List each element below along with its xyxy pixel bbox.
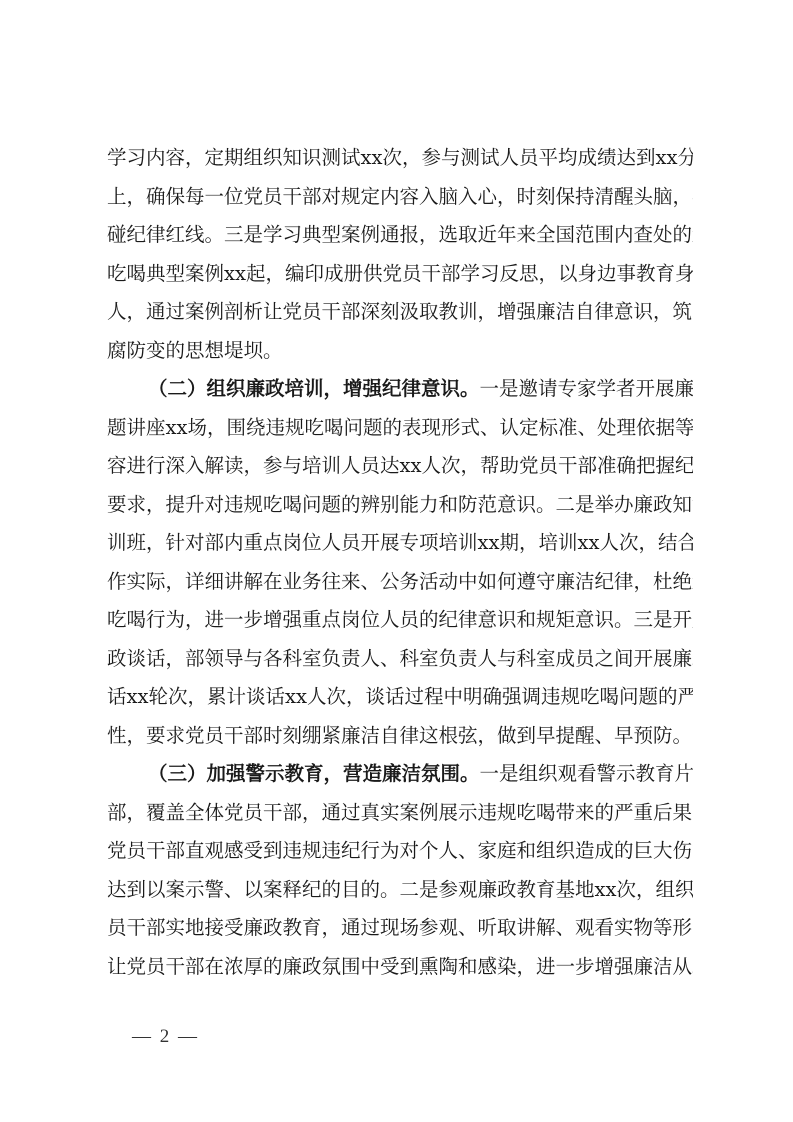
text-line: 员干部实地接受廉政教育，通过现场参观、听取讲解、观看实物等形式， — [107, 911, 693, 950]
text-line: 人，通过案例剖析让党员干部深刻汲取教训，增强廉洁自律意识，筑牢拒 — [107, 295, 693, 334]
text-line: 容进行深入解读，参与培训人员达xx人次，帮助党员干部准确把握纪律 — [107, 449, 693, 488]
text-line: 要求，提升对违规吃喝问题的辨别能力和防范意识。二是举办廉政知识培 — [107, 488, 693, 527]
text-line: 达到以案示警、以案释纪的目的。二是参观廉政教育基地xx次，组织党 — [107, 873, 693, 912]
section-2-first-line-text: 一是邀请专家学者开展廉政专 — [480, 377, 693, 400]
section-3-first-line: （三）加强警示教育，营造廉洁氛围。一是组织观看警示教育片xx — [107, 757, 693, 796]
text-line: 性，要求党员干部时刻绷紧廉洁自律这根弦，做到早提醒、早预防。 — [107, 719, 693, 758]
text-line: 训班，针对部内重点岗位人员开展专项培训xx期，培训xx人次，结合工 — [107, 526, 693, 565]
section-3-heading: （三）加强警示教育，营造廉洁氛围。 — [148, 762, 480, 785]
text-line: 题讲座xx场，围绕违规吃喝问题的表现形式、认定标准、处理依据等内 — [107, 411, 693, 450]
section-3-first-line-text: 一是组织观看警示教育片xx — [480, 762, 693, 785]
text-line: 话xx轮次，累计谈话xx人次，谈话过程中明确强调违规吃喝问题的严重 — [107, 680, 693, 719]
text-line: 党员干部直观感受到违规违纪行为对个人、家庭和组织造成的巨大伤害， — [107, 834, 693, 873]
text-line: 部，覆盖全体党员干部，通过真实案例展示违规吃喝带来的严重后果，让 — [107, 796, 693, 835]
section-2-heading: （二）组织廉政培训，增强纪律意识。 — [148, 377, 480, 400]
document-page: 学习内容，定期组织知识测试xx次，参与测试人员平均成绩达到xx分以 上，确保每一… — [0, 0, 793, 1122]
page-number: — 2 — — [132, 1026, 199, 1048]
text-line: 上，确保每一位党员干部对规定内容入脑入心，时刻保持清醒头脑，不触 — [107, 180, 693, 219]
text-line: 政谈话，部领导与各科室负责人、科室负责人与科室成员之间开展廉政谈 — [107, 642, 693, 681]
body-text: 学习内容，定期组织知识测试xx次，参与测试人员平均成绩达到xx分以 上，确保每一… — [107, 141, 693, 988]
text-line: 吃喝典型案例xx起，编印成册供党员干部学习反思，以身边事教育身边 — [107, 257, 693, 296]
text-line: 碰纪律红线。三是学习典型案例通报，选取近年来全国范围内查处的违规 — [107, 218, 693, 257]
section-2-first-line: （二）组织廉政培训，增强纪律意识。一是邀请专家学者开展廉政专 — [107, 372, 693, 411]
text-line: 作实际，详细讲解在业务往来、公务活动中如何遵守廉洁纪律，杜绝违规 — [107, 565, 693, 604]
text-line: 让党员干部在浓厚的廉政氛围中受到熏陶和感染，进一步增强廉洁从政的 — [107, 950, 693, 989]
text-line: 吃喝行为，进一步增强重点岗位人员的纪律意识和规矩意识。三是开展廉 — [107, 603, 693, 642]
text-line: 学习内容，定期组织知识测试xx次，参与测试人员平均成绩达到xx分以 — [107, 141, 693, 180]
text-line: 腐防变的思想堤坝。 — [107, 334, 693, 373]
